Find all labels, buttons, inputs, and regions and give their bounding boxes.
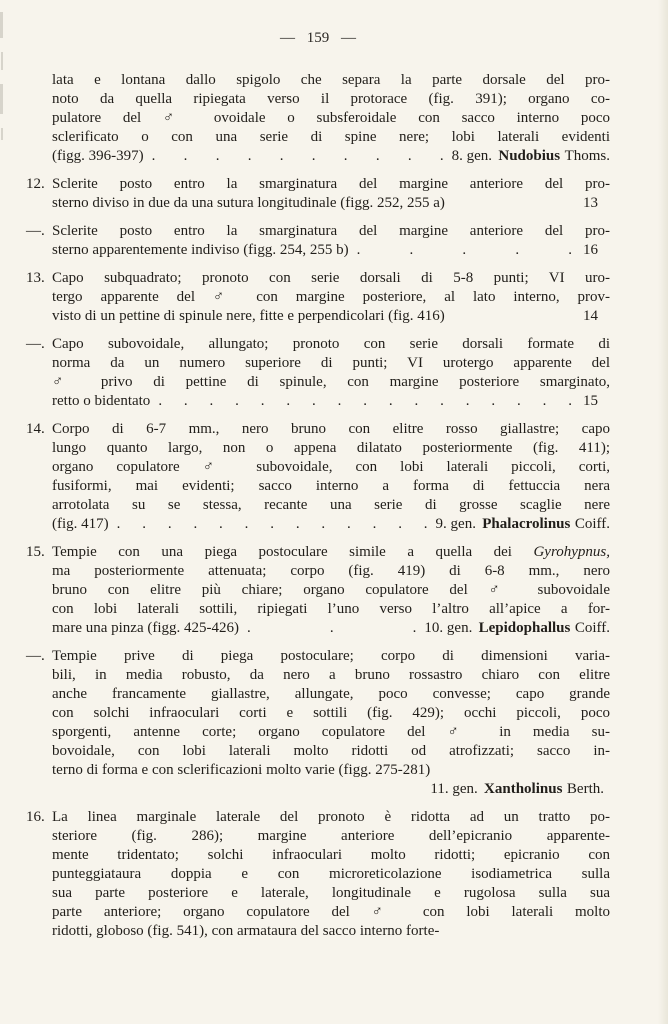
text-line: punteggiataura doppia e con microreticol… [52, 865, 610, 884]
author-name: Coiff. [575, 620, 610, 636]
text-line: Capo subovoidale, allungato; pronoto con… [52, 335, 610, 354]
genus-name: Lepidophallus [479, 620, 571, 636]
key-entry-12: 12. Sclerite posto entro la smarginatura… [26, 175, 610, 213]
text-line: con lobi laterali sottili, ripiegati l’u… [52, 600, 610, 619]
entry-tail-line: visto di un pettine di spinule nere, fit… [52, 307, 610, 326]
entry-marker: 12. [26, 175, 52, 194]
text-line: Corpo di 6-7 mm., nero bruno con elitre … [52, 420, 610, 439]
text-line: parte anteriore; organo copulatore del ♂… [52, 903, 610, 922]
page: — 159 — lata e lontana dallo spigolo che… [0, 0, 668, 941]
tail-text: (fig. 417) [52, 515, 109, 534]
leader-dots: . . . . . . . . . . . . . . . . . [150, 392, 580, 411]
tail-text: (figg. 396-397) [52, 147, 144, 166]
text-line: organo copulatore ♂ subovoidale, con lob… [52, 458, 610, 477]
genus-name: Xantholinus [484, 781, 562, 797]
genus-result: 11. gen.XantholinusBerth. [52, 780, 610, 799]
text-line: noto da quella ripiegata verso il protor… [52, 90, 610, 109]
key-entry-15: 15. Tempie con una piega postoculare sim… [26, 543, 610, 638]
page-number: — 159 — [26, 30, 610, 47]
text-line: steriore (fig. 286); margine anteriore d… [52, 827, 610, 846]
text-line: ma posteriormente attenuata; corpo (fig.… [52, 562, 610, 581]
entry-tail-line: (figg. 396-397) . . . . . . . . . . 8. g… [52, 147, 610, 166]
genus-mention-italic: Gyrohypnus, [533, 544, 610, 560]
author-name: Coiff. [575, 516, 610, 532]
text-line: sclerificato o con una serie di spine ne… [52, 128, 610, 147]
text-line: ridotti, globoso (fig. 541), con armatau… [52, 922, 610, 941]
entry-tail-line: (fig. 417) . . . . . . . . . . . . . 9. … [52, 515, 610, 534]
text-line: con solchi infraoculari corti e sottili … [52, 704, 610, 723]
genus-name: Nudobius [498, 148, 560, 164]
entry-marker: —. [26, 335, 52, 354]
tail-text: mare una pinza (figg. 425-426) [52, 619, 239, 638]
entry-marker: —. [26, 222, 52, 241]
genus-ref: 11. gen. [430, 781, 477, 797]
tail-text: retto o bidentato [52, 392, 150, 411]
entry-body: Sclerite posto entro la smarginatura del… [52, 222, 610, 260]
leader-dots: . . . . . . . . . . [144, 147, 452, 166]
text-line: Tempie prive di piega postoculare; corpo… [52, 647, 610, 666]
key-entry-15-alt: —. Tempie prive di piega postoculare; co… [26, 647, 610, 799]
entry-body: Capo subquadrato; pronoto con serie dors… [52, 269, 610, 326]
key-entry-14: 14. Corpo di 6-7 mm., nero bruno con eli… [26, 420, 610, 534]
author-name: Berth. [567, 781, 604, 797]
entry-body: Tempie con una piega postoculare simile … [52, 543, 610, 638]
entry-marker: 13. [26, 269, 52, 288]
key-entry-16: 16. La linea marginale laterale del pron… [26, 808, 610, 941]
entry-body: Corpo di 6-7 mm., nero bruno con elitre … [52, 420, 610, 534]
target-number: 14 [580, 307, 598, 326]
key-entry-continuation: lata e lontana dallo spigolo che separa … [26, 71, 610, 166]
genus-result: 9. gen.PhalacrolinusCoiff. [436, 515, 610, 534]
entry-tail-line: sterno apparentemente indiviso (figg. 25… [52, 241, 610, 260]
tail-text: visto di un pettine di spinule nere, fit… [52, 307, 445, 326]
entry-body: Sclerite posto entro la smarginatura del… [52, 175, 610, 213]
text-segment: Tempie con una piega postoculare simile … [52, 544, 533, 560]
tail-text: sterno apparentemente indiviso (figg. 25… [52, 241, 349, 260]
text-line: terno di forma e con sclerificazioni mol… [52, 761, 610, 780]
genus-result: 8. gen.NudobiusThoms. [452, 147, 610, 166]
text-line: Capo subquadrato; pronoto con serie dors… [52, 269, 610, 288]
text-line: norma da un numero superiore di punti; V… [52, 354, 610, 373]
text-line: bili, in media robusto, da nero a bruno … [52, 666, 610, 685]
entry-tail-line: sterno diviso in due da una sutura longi… [52, 194, 610, 213]
text-line: Sclerite posto entro la smarginatura del… [52, 175, 610, 194]
text-line: pulatore del ♂ ovoidale o subsferoidale … [52, 109, 610, 128]
genus-ref: 8. gen. [452, 148, 492, 164]
author-name: Thoms. [565, 148, 610, 164]
tail-text: sterno diviso in due da una sutura longi… [52, 194, 445, 213]
entry-tail-line: retto o bidentato . . . . . . . . . . . … [52, 392, 610, 411]
genus-ref: 10. gen. [424, 620, 472, 636]
text-line: mente tridentato; solchi infraoculari mo… [52, 846, 610, 865]
text-line: anche francamente giallastre, allungate,… [52, 685, 610, 704]
entry-body: Capo subovoidale, allungato; pronoto con… [52, 335, 610, 411]
entry-body: La linea marginale laterale del pronoto … [52, 808, 610, 941]
target-number: 16 [580, 241, 598, 260]
target-number: 13 [580, 194, 598, 213]
text-line: fusiformi, mai evidenti; sacco interno a… [52, 477, 610, 496]
leader-dots: . . . . . . . . . . . . . [109, 515, 436, 534]
key-entry-13: 13. Capo subquadrato; pronoto con serie … [26, 269, 610, 326]
leader-dots: . . . . . [349, 241, 580, 260]
genus-name: Phalacrolinus [482, 516, 570, 532]
text-line: lungo quanto largo, non o appena dilatat… [52, 439, 610, 458]
key-entry-12-alt: —. Sclerite posto entro la smarginatura … [26, 222, 610, 260]
text-line: bruno con elitre più chiare; organo copu… [52, 581, 610, 600]
genus-ref: 9. gen. [436, 516, 476, 532]
text-line: ♂ privo di pettine di spinule, con margi… [52, 373, 610, 392]
target-number: 15 [580, 392, 598, 411]
text-line: sua parte posteriore e laterale, longitu… [52, 884, 610, 903]
text-line: tergo apparente del ♂ con margine poster… [52, 288, 610, 307]
text-line: Sclerite posto entro la smarginatura del… [52, 222, 610, 241]
leader-dots: . . . [239, 619, 424, 638]
text-line: bovoidale, con lobi laterali molto ridot… [52, 742, 610, 761]
entry-body: Tempie prive di piega postoculare; corpo… [52, 647, 610, 799]
text-line: Tempie con una piega postoculare simile … [52, 543, 610, 562]
scanned-book-page: { "colors": { "paper": "#f7f4ec", "ink":… [0, 0, 668, 1024]
entry-marker: 14. [26, 420, 52, 439]
entry-marker: 16. [26, 808, 52, 827]
genus-result: 10. gen.LepidophallusCoiff. [424, 619, 610, 638]
entry-tail-line: mare una pinza (figg. 425-426) . . . 10.… [52, 619, 610, 638]
entry-marker: —. [26, 647, 52, 666]
text-line: lata e lontana dallo spigolo che separa … [52, 71, 610, 90]
entry-body: lata e lontana dallo spigolo che separa … [52, 71, 610, 166]
entry-marker: 15. [26, 543, 52, 562]
text-line: La linea marginale laterale del pronoto … [52, 808, 610, 827]
text-line: arrotolata su se stessa, recante una ser… [52, 496, 610, 515]
key-entry-13-alt: —. Capo subovoidale, allungato; pronoto … [26, 335, 610, 411]
text-line: sporgenti, antenne corte; organo copulat… [52, 723, 610, 742]
